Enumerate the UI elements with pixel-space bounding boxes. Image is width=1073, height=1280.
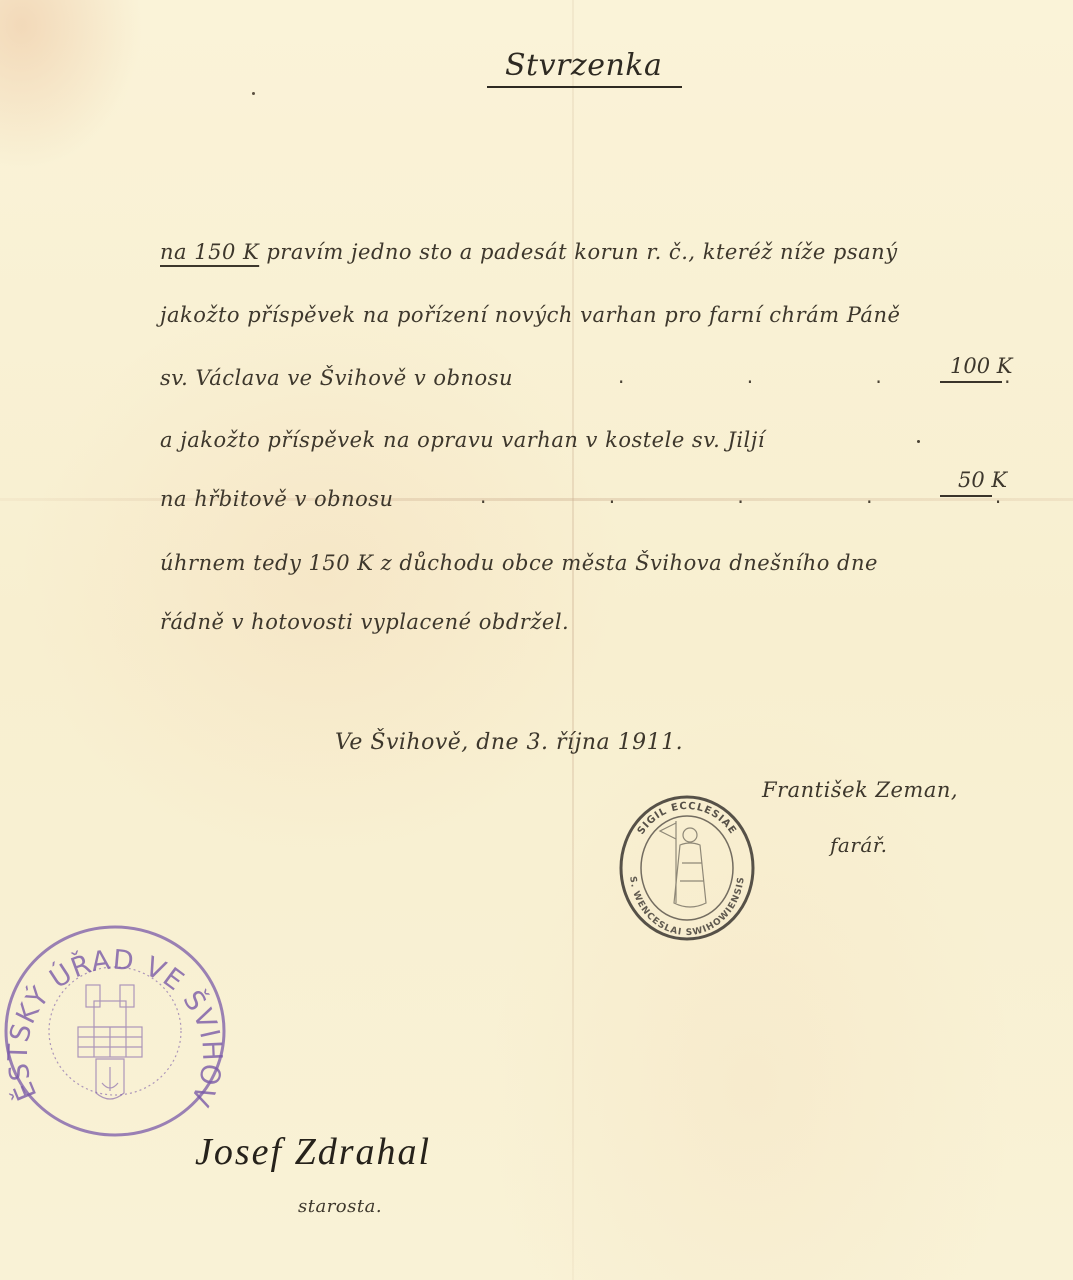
body-line-3: sv. Václava ve Švihově v obnosu xyxy=(160,366,513,390)
signatory-title: farář. xyxy=(830,833,888,857)
town-office-stamp-icon: MĚSTSKÝ ÚŘAD VE ŠVIHOVĚ xyxy=(2,923,228,1139)
amount-underline-1 xyxy=(940,381,1002,383)
signatory-name: František Zeman, xyxy=(762,778,958,802)
body-line-4: a jakožto příspěvek na opravu varhan v k… xyxy=(160,428,765,452)
mayor-title: starosta. xyxy=(298,1196,382,1217)
body-line-5: na hřbitově v obnosu xyxy=(160,487,394,511)
svg-text:SIGIL ECCLESIAE: SIGIL ECCLESIAE xyxy=(636,801,739,837)
mayor-signature: Josef Zdrahal xyxy=(195,1130,431,1174)
vertical-fold-crease xyxy=(572,0,574,1280)
amount-new-organ: 100 K xyxy=(950,354,1012,378)
church-seal-stamp-icon: SIGIL ECCLESIAE S. WENCESLAI SWIHOWIENSI… xyxy=(616,793,758,943)
title-underline xyxy=(487,86,682,88)
ink-dot xyxy=(252,92,255,95)
body-line-6: úhrnem tedy 150 K z důchodu obce města Š… xyxy=(160,551,878,575)
trailing-dot xyxy=(917,440,920,443)
body-line-7: řádně v hotovosti vyplacené obdržel. xyxy=(160,610,569,634)
body-line-2: jakožto příspěvek na pořízení nových var… xyxy=(160,303,900,327)
document-title: Stvrzenka xyxy=(505,48,662,83)
sum-prefix: na 150 K xyxy=(160,240,259,264)
amount-organ-repair: 50 K xyxy=(958,468,1007,492)
body-line-1-text: pravím jedno sto a padesát korun r. č., … xyxy=(259,240,897,264)
place-and-date: Ve Švihově, dne 3. října 1911. xyxy=(335,730,683,755)
svg-text:MĚSTSKÝ ÚŘAD VE ŠVIHOVĚ: MĚSTSKÝ ÚŘAD VE ŠVIHOVĚ xyxy=(2,923,227,1112)
body-line-1: na 150 K pravím jedno sto a padesát koru… xyxy=(160,240,898,264)
amount-underline-2 xyxy=(940,495,992,497)
